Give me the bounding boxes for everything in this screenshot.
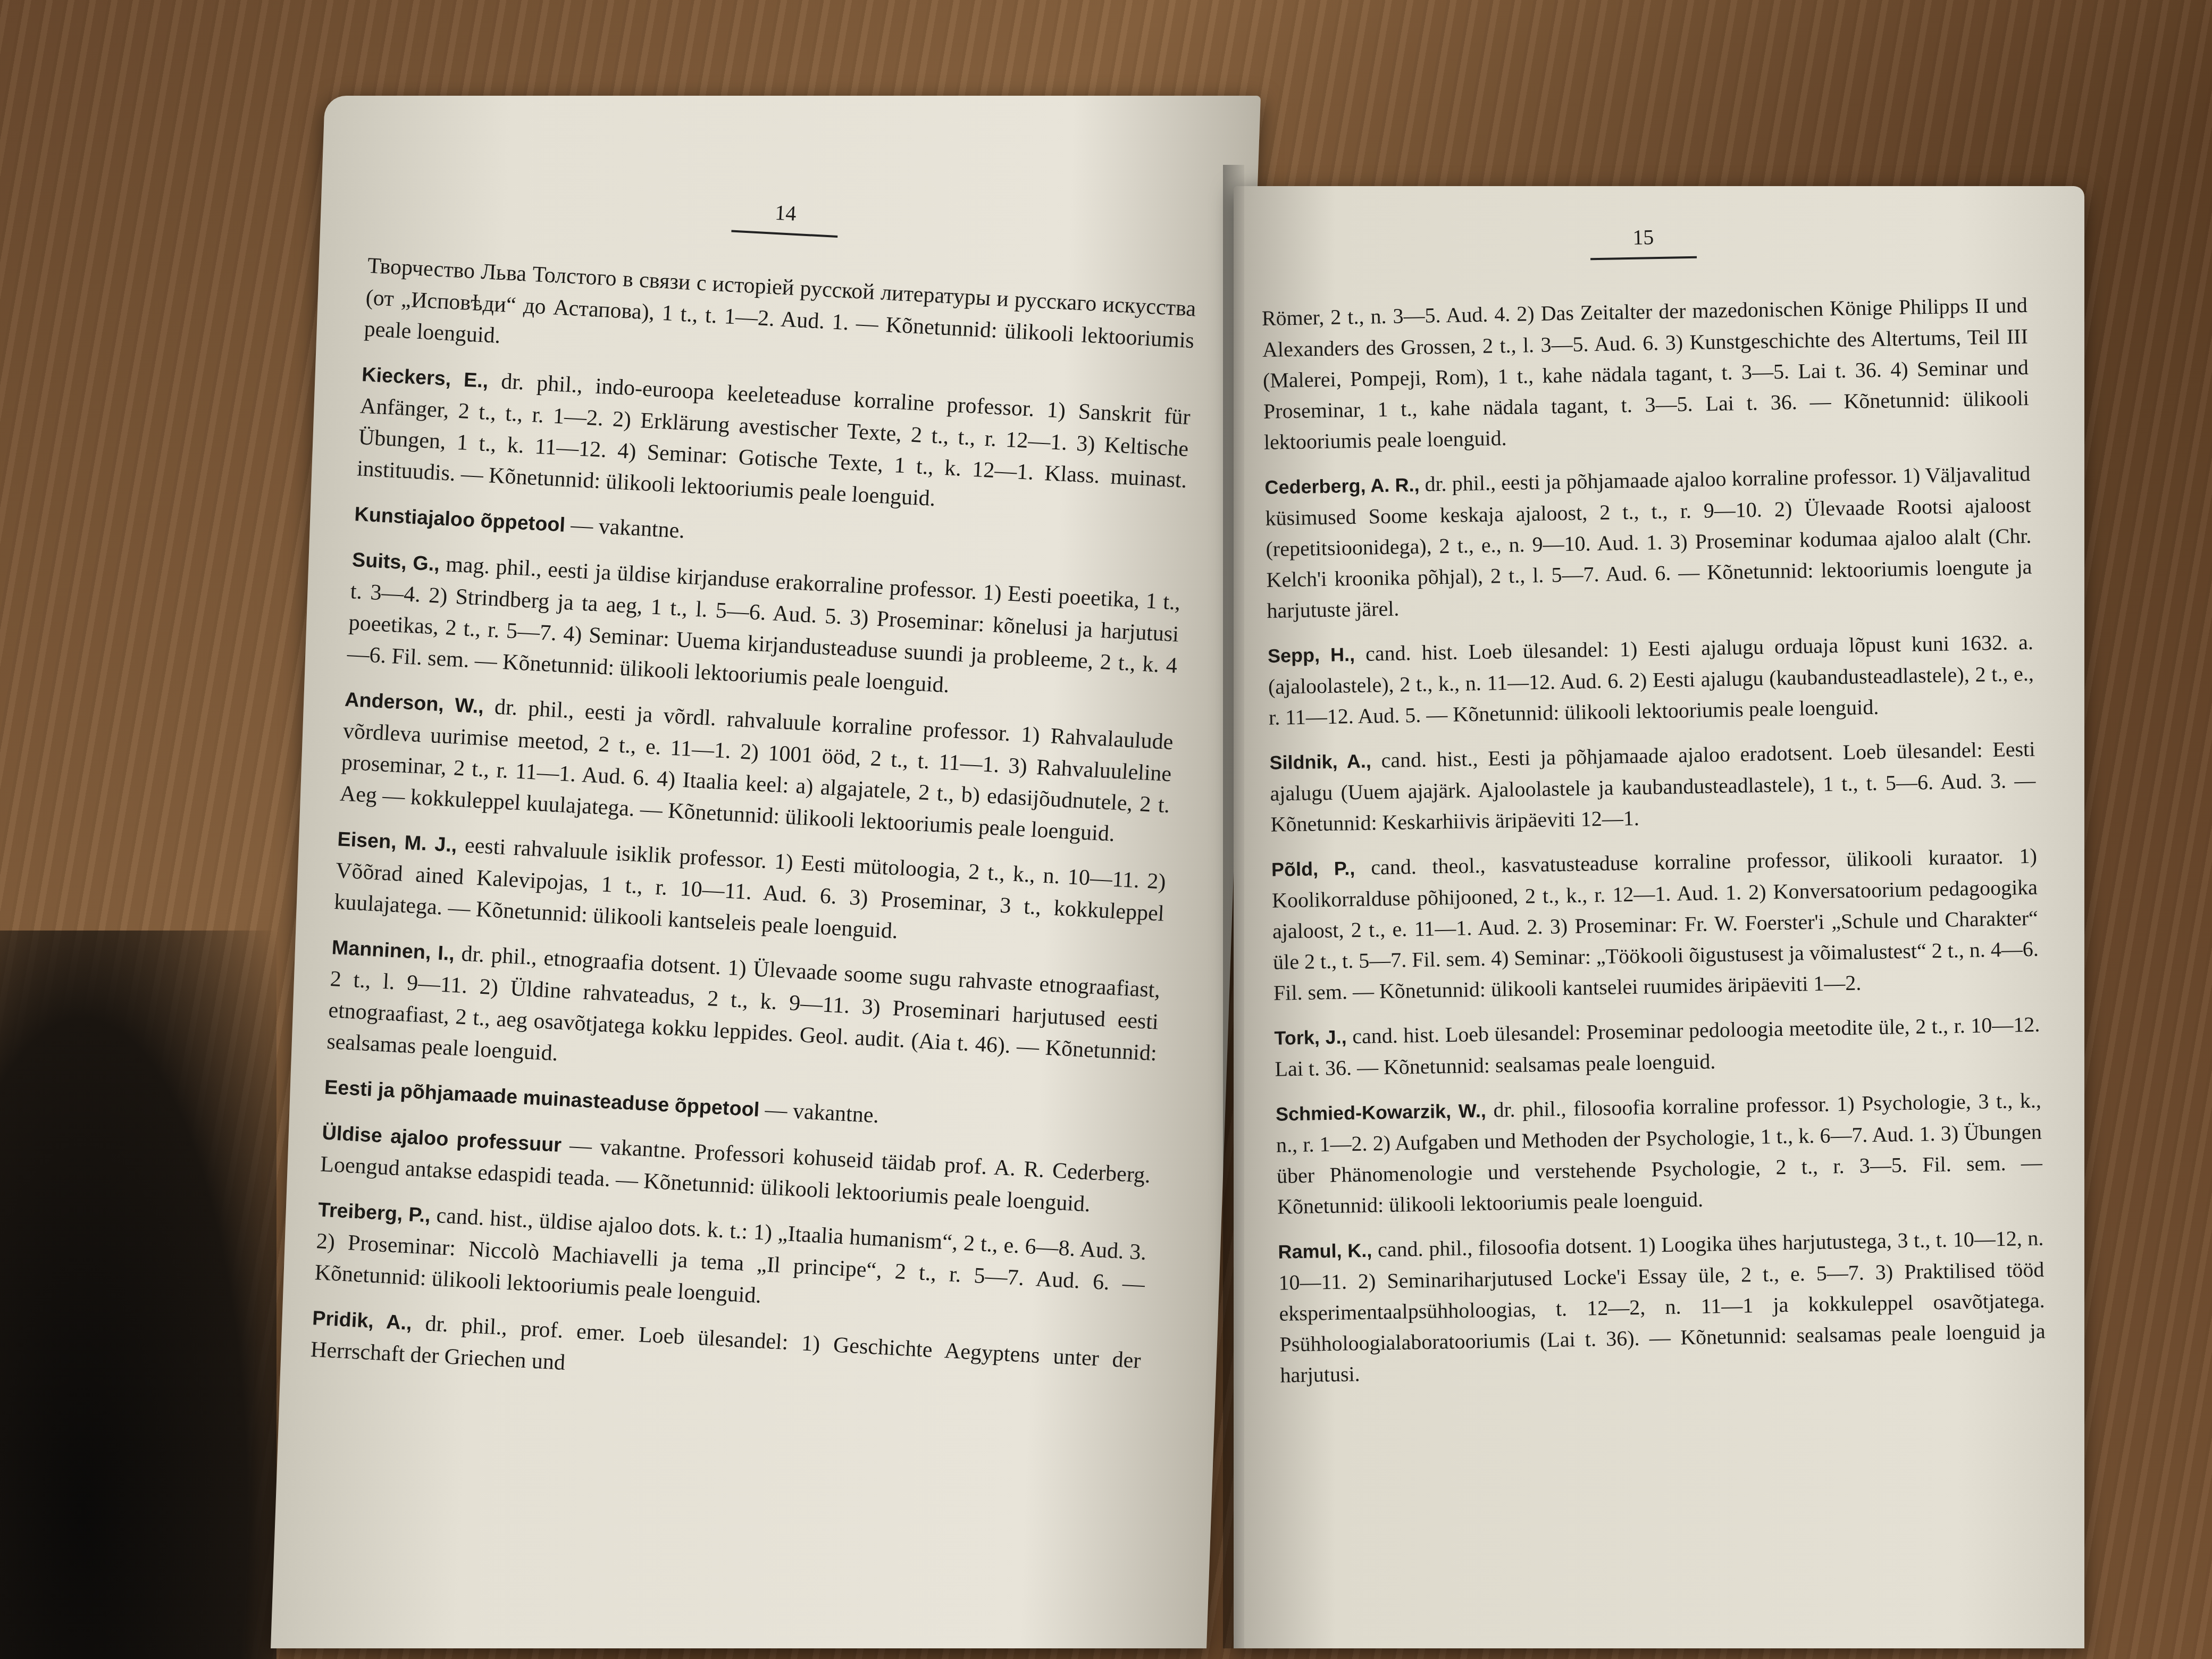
open-book: 14 Творчество Льва Толстого в связи с ис…	[234, 85, 2127, 1659]
entry: Schmied-Kowarzik, W., dr. phil., filosoo…	[1276, 1085, 2043, 1222]
entry: Anderson, W., dr. phil., eesti ja võrdl.…	[339, 684, 1174, 853]
entry: Tork, J., cand. hist. Loeb ülesandel: Pr…	[1274, 1009, 2041, 1085]
left-page-text: 14 Творчество Льва Толстого в связи с ис…	[309, 175, 1201, 1423]
entry: Cederberg, A. R., dr. phil., eesti ja põ…	[1264, 458, 2033, 626]
entry: Sepp, H., cand. hist. Loeb ülesandel: 1)…	[1268, 627, 2035, 733]
entry: Römer, 2 t., n. 3—5. Aud. 4. 2) Das Zeit…	[1261, 290, 2030, 458]
entry: Kieckers, E., dr. phil., indo-euroopa ke…	[356, 359, 1191, 528]
entry: Põld, P., cand. theol., kasvatusteaduse …	[1271, 841, 2040, 1009]
entry: Sildnik, A., cand. hist., Eesti ja põhja…	[1269, 734, 2037, 840]
entry: Ramul, K., cand. phil., filosoofia dotse…	[1278, 1223, 2046, 1391]
page-number-rule	[731, 230, 837, 237]
book-gutter	[1223, 165, 1244, 1648]
right-page-text: 15 Römer, 2 t., n. 3—5. Aud. 4. 2) Das Z…	[1260, 215, 2046, 1405]
page-number-rule	[1590, 256, 1697, 260]
entry: Suits, G., mag. phil., eesti ja üldise k…	[346, 544, 1181, 713]
entry: Manninen, I., dr. phil., etnograafia dot…	[326, 932, 1161, 1101]
